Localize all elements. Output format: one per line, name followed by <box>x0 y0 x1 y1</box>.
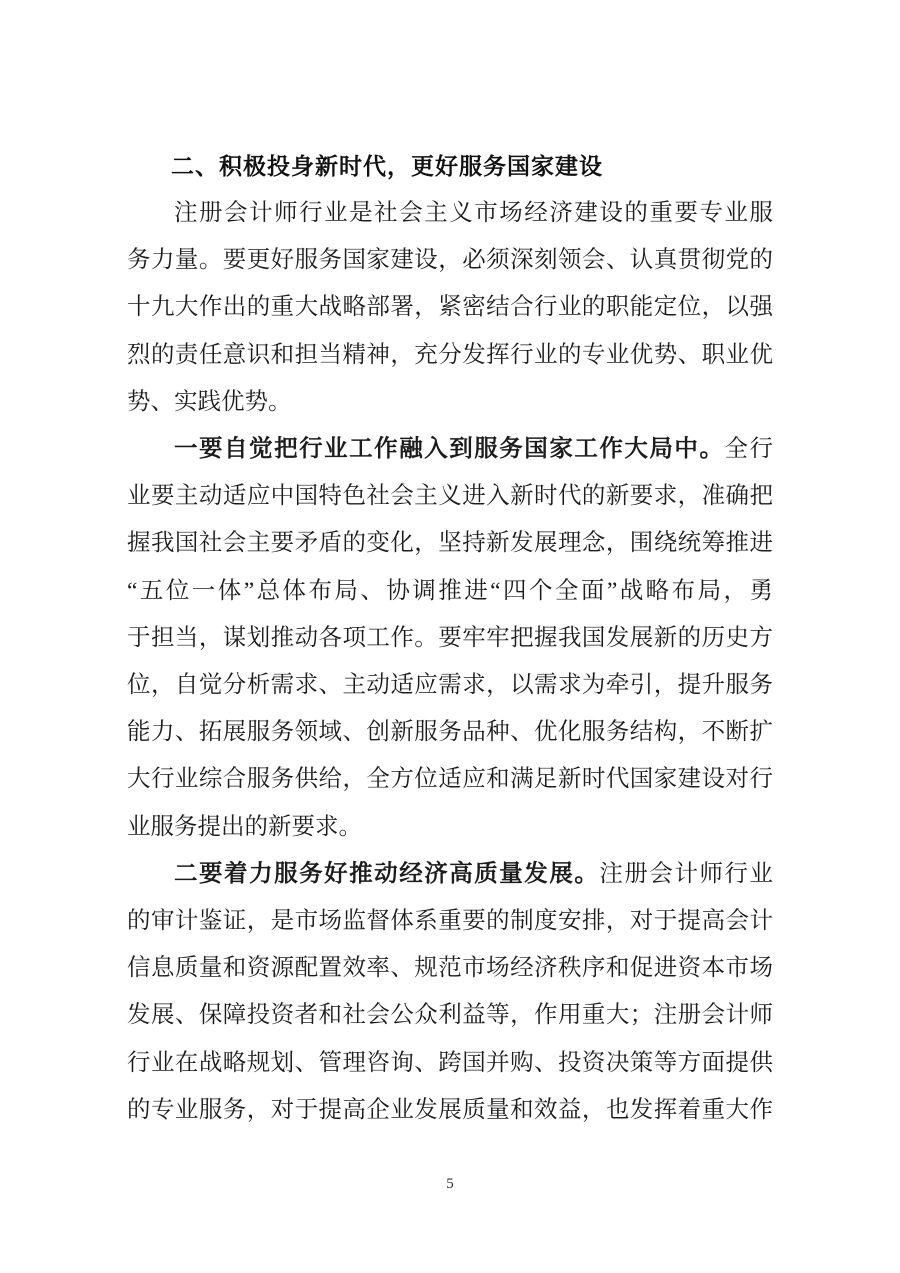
text-line: 十九大作出的重大战略部署，紧密结合行业的职能定位，以强 <box>127 284 773 331</box>
body-text: 烈的责任意识和担当精神，充分发挥行业的专业优势、职业优 <box>127 342 773 368</box>
text-line: 的审计鉴证，是市场监督体系重要的制度安排，对于提高会计 <box>127 898 773 945</box>
body-text: 的专业服务，对于提高企业发展质量和效益，也发挥着重大作 <box>127 1097 773 1123</box>
body-text: 业要主动适应中国特色社会主义进入新时代的新要求，准确把 <box>127 483 773 509</box>
text-line: 烈的责任意识和担当精神，充分发挥行业的专业优势、职业优 <box>127 332 773 379</box>
section-heading: 二、积极投身新时代，更好服务国家建设 <box>127 142 773 190</box>
text-line: 的专业服务，对于提高企业发展质量和效益，也发挥着重大作 <box>127 1087 773 1134</box>
text-line: 一要自觉把行业工作融入到服务国家工作大局中。全行 <box>127 426 773 473</box>
body-text: 行业在战略规划、管理咨询、跨国并购、投资决策等方面提供 <box>127 1050 773 1076</box>
body-text: 信息质量和资源配置效率、规范市场经济秩序和促进资本市场 <box>127 955 773 981</box>
bold-lead-text: 二要着力服务好推动经济高质量发展。 <box>174 861 599 887</box>
paragraph: 二要着力服务好推动经济高质量发展。注册会计师行业的审计鉴证，是市场监督体系重要的… <box>127 851 773 1134</box>
body-text: 注册会计师行业是社会主义市场经济建设的重要专业服 <box>174 200 773 226</box>
text-line: 位，自觉分析需求、主动适应需求，以需求为牵引，提升服务 <box>127 662 773 709</box>
body-text: “五位一体”总体布局、协调推进“四个全面”战略布局，勇 <box>127 578 773 604</box>
body-text: 大行业综合服务供给，全方位适应和满足新时代国家建设对行 <box>127 766 773 792</box>
text-line: 业服务提出的新要求。 <box>127 804 773 851</box>
text-line: 信息质量和资源配置效率、规范市场经济秩序和促进资本市场 <box>127 945 773 992</box>
text-line: 能力、拓展服务领域、创新服务品种、优化服务结构，不断扩 <box>127 709 773 756</box>
body-text: 势、实践优势。 <box>127 389 292 415</box>
text-line: 注册会计师行业是社会主义市场经济建设的重要专业服 <box>127 190 773 237</box>
text-line: 二要着力服务好推动经济高质量发展。注册会计师行业 <box>127 851 773 898</box>
bold-lead-text: 一要自觉把行业工作融入到服务国家工作大局中。 <box>174 436 724 462</box>
body-text: 握我国社会主要矛盾的变化，坚持新发展理念，围绕统筹推进 <box>127 530 773 556</box>
text-line: 行业在战略规划、管理咨询、跨国并购、投资决策等方面提供 <box>127 1040 773 1087</box>
page-footer: 5 <box>0 1176 900 1193</box>
page-content: 二、积极投身新时代，更好服务国家建设 注册会计师行业是社会主义市场经济建设的重要… <box>127 142 773 1134</box>
text-line: 于担当，谋划推动各项工作。要牢牢把握我国发展新的历史方 <box>127 615 773 662</box>
body-text: 全行 <box>724 436 773 462</box>
body-text: 注册会计师行业 <box>599 861 773 887</box>
page-number: 5 <box>446 1176 454 1192</box>
body-text: 发展、保障投资者和社会公众利益等，作用重大；注册会计师 <box>127 1002 773 1028</box>
body-text: 业服务提出的新要求。 <box>127 814 362 840</box>
body-text: 务力量。要更好服务国家建设，必须深刻领会、认真贯彻党的 <box>127 247 773 273</box>
body-text: 能力、拓展服务领域、创新服务品种、优化服务结构，不断扩 <box>127 719 773 745</box>
paragraph: 一要自觉把行业工作融入到服务国家工作大局中。全行业要主动适应中国特色社会主义进入… <box>127 426 773 851</box>
text-line: “五位一体”总体布局、协调推进“四个全面”战略布局，勇 <box>127 568 773 615</box>
paragraph: 注册会计师行业是社会主义市场经济建设的重要专业服务力量。要更好服务国家建设，必须… <box>127 190 773 426</box>
document-body: 注册会计师行业是社会主义市场经济建设的重要专业服务力量。要更好服务国家建设，必须… <box>127 190 773 1134</box>
text-line: 大行业综合服务供给，全方位适应和满足新时代国家建设对行 <box>127 756 773 803</box>
text-line: 务力量。要更好服务国家建设，必须深刻领会、认真贯彻党的 <box>127 237 773 284</box>
body-text: 于担当，谋划推动各项工作。要牢牢把握我国发展新的历史方 <box>127 625 773 651</box>
text-line: 握我国社会主要矛盾的变化，坚持新发展理念，围绕统筹推进 <box>127 520 773 567</box>
document-page: 二、积极投身新时代，更好服务国家建设 注册会计师行业是社会主义市场经济建设的重要… <box>0 0 900 1273</box>
text-line: 业要主动适应中国特色社会主义进入新时代的新要求，准确把 <box>127 473 773 520</box>
text-line: 势、实践优势。 <box>127 379 773 426</box>
body-text: 十九大作出的重大战略部署，紧密结合行业的职能定位，以强 <box>127 294 773 320</box>
text-line: 发展、保障投资者和社会公众利益等，作用重大；注册会计师 <box>127 992 773 1039</box>
body-text: 的审计鉴证，是市场监督体系重要的制度安排，对于提高会计 <box>127 908 773 934</box>
body-text: 位，自觉分析需求、主动适应需求，以需求为牵引，提升服务 <box>127 672 773 698</box>
